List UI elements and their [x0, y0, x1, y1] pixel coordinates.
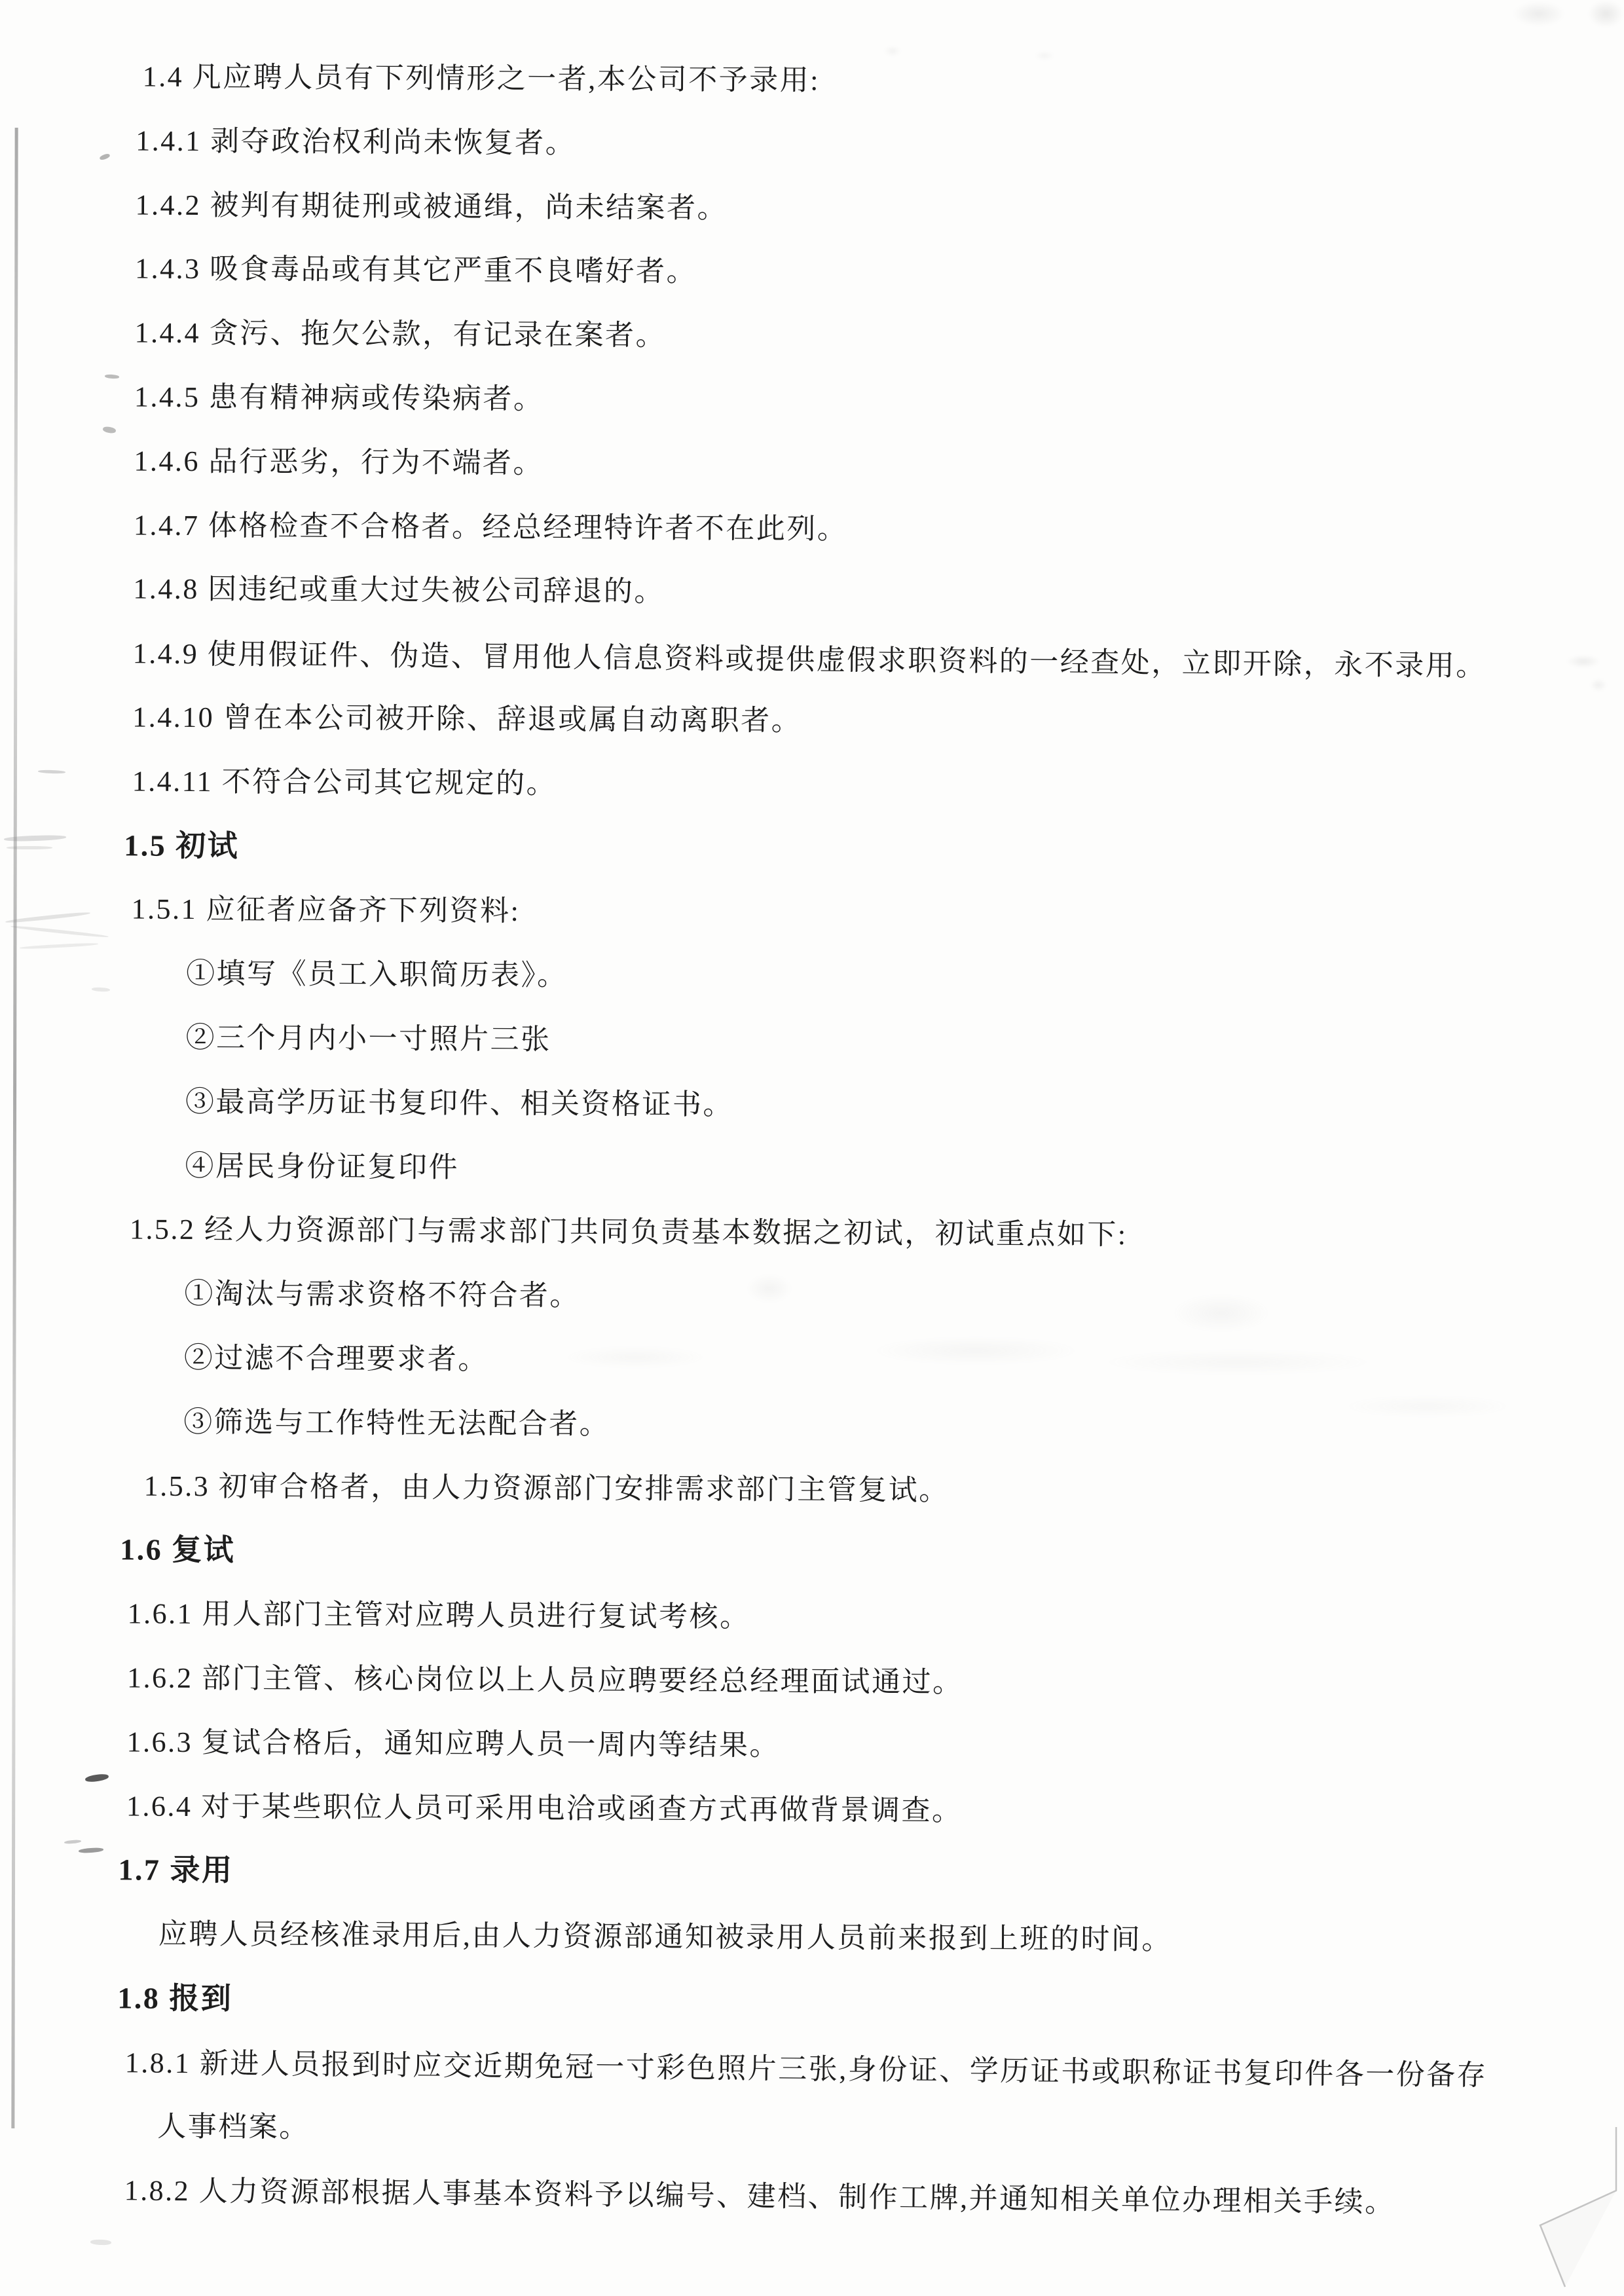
document-line: 1.6.4 对于某些职位人员可采用电洽或函查方式再做背景调查。	[0, 1773, 1614, 1847]
document-line: 1.6.3 复试合格后，通知应聘人员一周内等结果。	[0, 1709, 1615, 1783]
document-line: ②三个月内小一寸照片三张	[0, 1005, 1619, 1078]
document-line: 1.4.8 因违纪或重大过失被公司辞退的。	[0, 557, 1621, 630]
scan-smudge	[1588, 0, 1624, 28]
document-line: 1.4.7 体格检查不合格者。经总经理特许者不在此列。	[0, 492, 1621, 566]
document-line: 应聘人员经核准录用后,由人力资源部通知被录用人员前来报到上班的时间。	[0, 1901, 1614, 1974]
document-line: ④居民身份证复印件	[0, 1133, 1618, 1206]
document-line: 1.6 复试	[0, 1517, 1615, 1591]
document-line: 1.6.1 用人部门主管对应聘人员进行复试考核。	[0, 1581, 1615, 1654]
scan-smudge	[1513, 1, 1565, 26]
document-line: 1.7 录用	[0, 1838, 1614, 1911]
document-line: 1.5.1 应征者应备齐下列资料:	[0, 877, 1619, 950]
document-line: 1.5 初试	[0, 813, 1619, 886]
document-line: ①填写《员工入职简历表》。	[0, 940, 1619, 1014]
document-line: 1.8 报到	[0, 1965, 1614, 2039]
document-line: 1.4.6 品行恶劣，行为不端者。	[0, 428, 1622, 502]
document-line: 1.4.1 剥夺政治权利尚未恢复者。	[0, 108, 1623, 181]
document-line: 1.4.11 不符合公司其它规定的。	[0, 749, 1620, 822]
document-line: ③筛选与工作特性无法配合者。	[0, 1389, 1616, 1462]
document-line: ②过滤不合理要求者。	[0, 1325, 1617, 1398]
document-line: 1.4 凡应聘人员有下列情形之一者,本公司不予录用:	[0, 44, 1624, 117]
margin-mark	[90, 2239, 111, 2245]
document-line: 1.4.5 患有精神病或传染病者。	[0, 364, 1622, 437]
document-line: 1.4.3 吸食毒品或有其它严重不良嗜好者。	[0, 236, 1623, 310]
document-line: 1.4.4 贪污、拖欠公款，有记录在案者。	[0, 301, 1623, 374]
document-line: 1.4.2 被判有期徒刑或被通缉，尚未结案者。	[0, 172, 1623, 246]
document-line: ③最高学历证书复印件、相关资格证书。	[0, 1069, 1618, 1142]
document-line: 1.6.2 部门主管、核心岗位以上人员应聘要经总经理面试通过。	[0, 1645, 1615, 1718]
document-line: ①淘汰与需求资格不符合者。	[0, 1261, 1617, 1334]
scanned-page: 1.4 凡应聘人员有下列情形之一者,本公司不予录用:1.4.1 剥夺政治权利尚未…	[0, 0, 1624, 2296]
document-line: 1.8.2 人力资源部根据人事基本资料予以编号、建档、制作工牌,并通知相关单位办…	[0, 2158, 1612, 2237]
document-line: 1.5.2 经人力资源部门与需求部门共同负责基本数据之初试，初试重点如下:	[0, 1197, 1617, 1270]
document-content: 1.4 凡应聘人员有下列情形之一者,本公司不予录用:1.4.1 剥夺政治权利尚未…	[0, 44, 1624, 2231]
document-line: 1.5.3 初审合格者，由人力资源部门安排需求部门主管复试。	[0, 1453, 1616, 1527]
